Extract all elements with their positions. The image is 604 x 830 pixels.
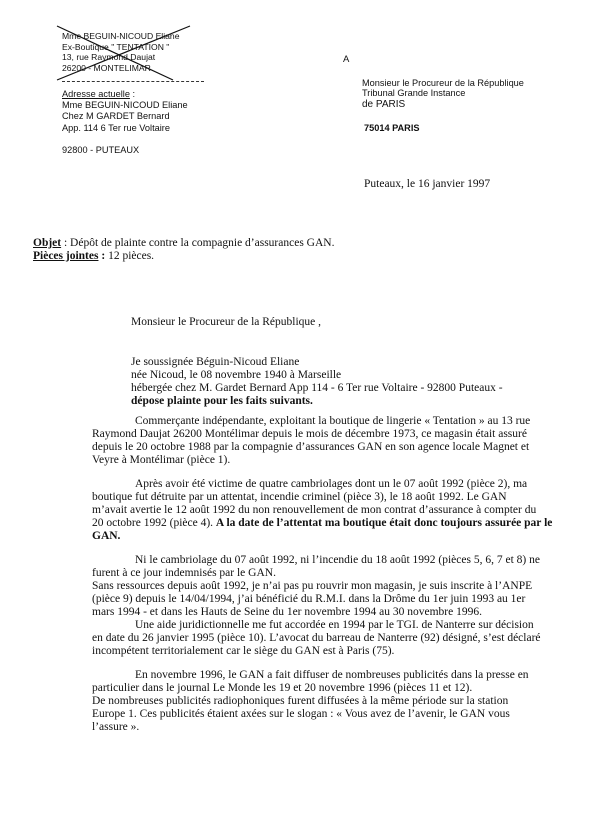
body-line: GAN. xyxy=(92,530,597,543)
current-address-heading: Adresse actuelle : xyxy=(62,89,188,100)
attachments-label: Pièces jointes xyxy=(33,250,98,262)
body-line: Après avoir été victime de quatre cambri… xyxy=(92,478,597,491)
paragraph-5: Une aide juridictionnelle me fut accordé… xyxy=(92,619,597,658)
current-address-line: Chez M GARDET Bernard xyxy=(62,111,188,122)
current-address-line: Mme BEGUIN-NICOUD Eliane xyxy=(62,100,188,111)
body-line: l’assure ». xyxy=(92,721,597,734)
identity-statement: dépose plainte pour les faits suivants. xyxy=(131,395,503,408)
separator-dashed-line xyxy=(62,81,204,82)
body-line: depuis le 20 octobre 1988 par la compagn… xyxy=(92,441,597,454)
body-line: Une aide juridictionnelle me fut accordé… xyxy=(92,619,597,632)
recipient-line: de PARIS xyxy=(362,100,524,110)
body-line: Commerçante indépendante, exploitant la … xyxy=(92,415,597,428)
identity-line: hébergée chez M. Gardet Bernard App 114 … xyxy=(131,382,503,395)
body-emphasis: A la date de l’attentat ma boutique étai… xyxy=(216,517,552,529)
attachments-text: 12 pièces. xyxy=(105,250,154,262)
paragraph-2: Après avoir été victime de quatre cambri… xyxy=(92,478,597,543)
objet-label: Objet xyxy=(33,237,61,249)
body-line: Ni le cambriolage du 07 août 1992, ni l’… xyxy=(92,554,597,567)
current-sender-address: Adresse actuelle : Mme BEGUIN-NICOUD Eli… xyxy=(62,89,188,134)
body-line: De nombreuses publicités radiophoniques … xyxy=(92,695,597,708)
paragraph-gap xyxy=(92,658,597,669)
salutation: Monsieur le Procureur de la République , xyxy=(131,316,321,328)
body-line: 20 octobre 1992 (pièce 4). A la date de … xyxy=(92,517,597,530)
body-line: particulier dans le journal Le Monde les… xyxy=(92,682,597,695)
subject-block: Objet : Dépôt de plainte contre la compa… xyxy=(33,237,334,263)
recipient-postal: 75014 PARIS xyxy=(364,123,420,133)
current-address-city: 92800 - PUTEAUX xyxy=(62,145,139,155)
body-line: m’avait avertie le 12 août 1992 du non r… xyxy=(92,504,597,517)
body-line: Europe 1. Ces publicités étaient axées s… xyxy=(92,708,597,721)
letter-date: Puteaux, le 16 janvier 1997 xyxy=(364,178,490,190)
recipient-prefix: A xyxy=(343,54,349,65)
paragraph-6: En novembre 1996, le GAN a fait diffuser… xyxy=(92,669,597,734)
body-line: mars 1994 - et dans les Hauts de Seine d… xyxy=(92,606,597,619)
label-colon: : xyxy=(130,89,135,99)
paragraph-3: Ni le cambriolage du 07 août 1992, ni l’… xyxy=(92,554,597,580)
body-line: furent à ce jour indemnisés par le GAN. xyxy=(92,567,597,580)
body-line: boutique fut détruite par un attentat, i… xyxy=(92,491,597,504)
paragraph-gap xyxy=(92,543,597,554)
subject-line: Objet : Dépôt de plainte contre la compa… xyxy=(33,237,334,250)
attachments-line: Pièces jointes : 12 pièces. xyxy=(33,250,334,263)
body-line: Sans ressources depuis août 1992, je n’a… xyxy=(92,580,597,593)
paragraph-gap xyxy=(92,467,597,478)
body-line: en date du 26 janvier 1995 (pièce 10). L… xyxy=(92,632,597,645)
body-line: incompétent territorialement car le sièg… xyxy=(92,645,597,658)
body-line: (pièce 9) depuis le 14/04/1994, j’ai bén… xyxy=(92,593,597,606)
current-address-line: App. 114 6 Ter rue Voltaire xyxy=(62,123,188,134)
objet-text: : Dépôt de plainte contre la compagnie d… xyxy=(61,237,334,249)
body-line: Raymond Daujat 26200 Montélimar depuis l… xyxy=(92,428,597,441)
identity-line: née Nicoud, le 08 novembre 1940 à Marsei… xyxy=(131,369,503,382)
paragraph-1: Commerçante indépendante, exploitant la … xyxy=(92,415,597,467)
body-line: En novembre 1996, le GAN a fait diffuser… xyxy=(92,669,597,682)
recipient-line: Tribunal Grande Instance xyxy=(362,88,524,98)
recipient-line: Monsieur le Procureur de la République xyxy=(362,78,524,88)
cross-out-mark-icon xyxy=(55,24,205,82)
identity-block: Je soussignée Béguin-Nicoud Eliane née N… xyxy=(131,356,503,408)
paragraph-4: Sans ressources depuis août 1992, je n’a… xyxy=(92,580,597,619)
letter-body: Commerçante indépendante, exploitant la … xyxy=(92,415,597,734)
identity-line: Je soussignée Béguin-Nicoud Eliane xyxy=(131,356,503,369)
recipient-address: Monsieur le Procureur de la République T… xyxy=(362,78,524,110)
body-line: Veyre à Montélimar (pièce 1). xyxy=(92,454,597,467)
current-address-label: Adresse actuelle xyxy=(62,89,130,99)
body-text: 20 octobre 1992 (pièce 4). xyxy=(92,517,216,529)
